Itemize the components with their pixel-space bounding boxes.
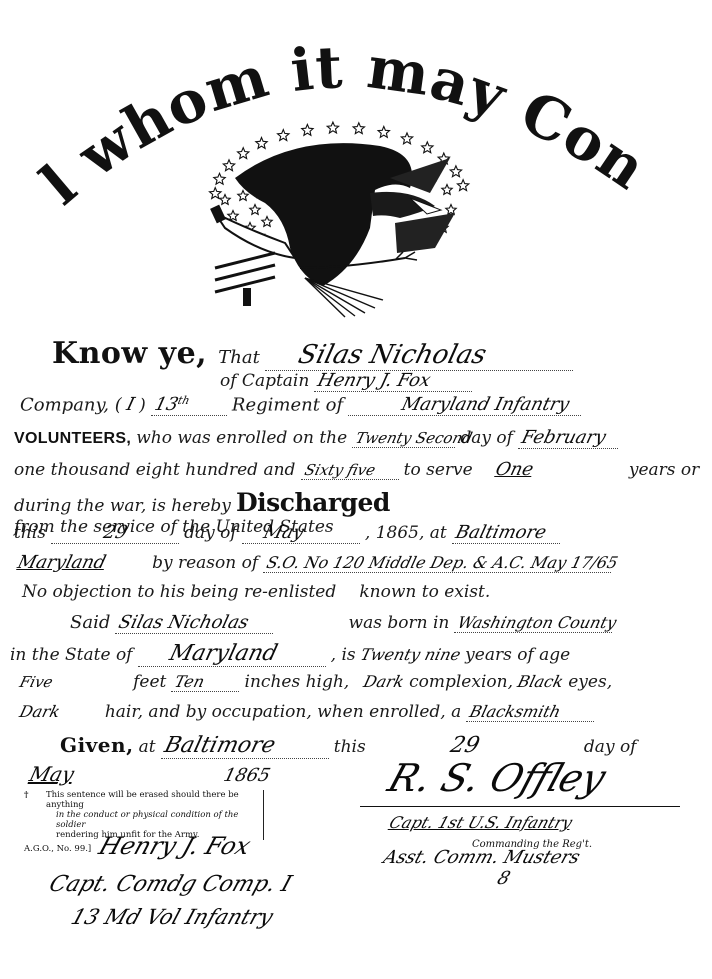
known-to-exist-label: known to exist.: [359, 582, 490, 602]
discharge-month: May: [261, 522, 306, 543]
birth-county-field: Washington County: [454, 613, 612, 633]
captain-name: Henry J. Fox: [316, 370, 433, 391]
soldier-name-2-field: Silas Nicholas: [115, 612, 273, 634]
discharge-day: 29: [101, 522, 129, 543]
commanding-mark: 8: [495, 868, 513, 889]
discharge-state-field: Maryland: [14, 552, 127, 573]
discharge-month-field: May: [242, 522, 360, 544]
reason-field: S.O. No 120 Middle Dep. & A.C. May 17/65: [263, 553, 611, 573]
discharge-day-field: 29: [51, 522, 179, 544]
given-at-label: at: [139, 737, 156, 757]
volunteers-label: VOLUNTEERS,: [14, 430, 131, 447]
term: One: [493, 459, 535, 480]
occupation-label: hair, and by occupation, when enrolled, …: [105, 702, 461, 722]
discharge-place-state: Maryland: [15, 552, 108, 573]
state-label: in the State of: [10, 645, 132, 665]
said-line: Said Silas Nicholas was born in Washingt…: [70, 612, 612, 634]
enrolled-year-field: Sixty five: [301, 460, 399, 480]
years-of-age-label: years of age: [465, 645, 570, 665]
feet-label: feet: [133, 672, 166, 692]
birth-county: Washington County: [456, 613, 619, 632]
enrolled-label: who was enrolled on the: [136, 428, 347, 448]
know-ye-label: Know ye,: [52, 336, 207, 371]
know-ye-line: Know ye, That Silas Nicholas: [52, 336, 573, 371]
eagle-emblem-icon: [205, 118, 475, 318]
said-label: Said: [70, 612, 110, 633]
enrolled-day: Twenty Second: [354, 429, 474, 447]
discharge-day-of-label: day of: [184, 523, 237, 543]
occupation-field: Blacksmith: [466, 702, 594, 722]
to-serve-label: to serve: [404, 460, 473, 480]
given-day-of-label: day of: [584, 737, 637, 757]
captain-field: Henry J. Fox: [314, 370, 472, 392]
that-label: That: [218, 347, 260, 368]
discharge-year: , 1865: [365, 523, 419, 543]
enrolled-day-field: Twenty Second: [352, 428, 455, 448]
term-field: One: [478, 459, 586, 480]
height-feet: Five: [18, 673, 102, 691]
during-war-label: during the war, is hereby: [14, 496, 231, 516]
complexion-label: complexion,: [409, 672, 513, 692]
height-inches: Ten: [173, 672, 207, 691]
year-line: one thousand eight hundred and Sixty fiv…: [14, 459, 699, 480]
volunteers-line: VOLUNTEERS, who was enrolled on the Twen…: [14, 427, 618, 449]
occupation-line: Dark hair, and by occupation, when enrol…: [20, 702, 594, 722]
company-letter: I: [124, 394, 136, 415]
commanding-title-handwritten: Capt. 1st U.S. Infantry: [387, 813, 575, 832]
years-or-label: years or: [629, 460, 699, 480]
company-label: Company, (: [20, 394, 122, 415]
enrolled-month: February: [519, 427, 608, 448]
captain-title-2: 13 Md Vol Infantry: [68, 905, 276, 929]
enrolled-year-words: Sixty five: [302, 461, 377, 479]
at-label: , at: [419, 523, 447, 543]
inches-label: inches high,: [245, 672, 350, 692]
year-prefix: one thousand eight hundred and: [14, 460, 295, 480]
given-place-field: Baltimore: [161, 733, 329, 759]
given-year: 1865: [221, 765, 272, 786]
height-inches-field: Ten: [171, 672, 239, 692]
regiment-name: Maryland Infantry: [400, 394, 572, 415]
this-label: this: [14, 523, 46, 543]
captain-signature-block: Henry J. Fox Capt. Comdg Comp. I 13 Md V…: [80, 832, 380, 929]
given-day: 29: [448, 733, 482, 758]
enrolled-month-field: February: [518, 427, 618, 449]
state-line: in the State of Maryland , is Twenty nin…: [10, 641, 570, 667]
soldier-name: Silas Nicholas: [295, 340, 489, 370]
regiment-label: Regiment of: [232, 394, 343, 415]
objection-line: No objection to his being re-enlisted kn…: [22, 582, 490, 602]
company-line: Company, ( I ) 13th Regiment of Maryland…: [20, 394, 581, 416]
reason: S.O. No 120 Middle Dep. & A.C. May 17/65: [265, 553, 620, 572]
commanding-signature: R. S. Offley: [383, 756, 611, 800]
given-this-label: this: [334, 737, 366, 757]
soldier-name-2: Silas Nicholas: [117, 612, 252, 633]
footnote-line-2: in the conduct or physical condition of …: [46, 810, 257, 830]
regiment-number-suffix: th: [176, 394, 191, 407]
given-place: Baltimore: [162, 733, 278, 758]
captain-signature: Henry J. Fox: [95, 832, 254, 860]
footnote-line-1: This sentence will be erased should ther…: [46, 790, 257, 810]
given-date-line: May 1865: [30, 762, 270, 786]
birth-state: Maryland: [166, 641, 279, 666]
given-label: Given,: [60, 733, 134, 757]
captain-line: of Captain Henry J. Fox: [220, 370, 472, 392]
birth-state-field: Maryland: [138, 641, 326, 667]
no-objection-label: No objection to his being re-enlisted: [22, 582, 336, 602]
discharge-place-field: Baltimore: [452, 522, 560, 544]
commanding-officer-block: R. S. Offley Capt. 1st U.S. Infantry Com…: [360, 760, 700, 889]
is-label: , is: [331, 645, 356, 665]
eyes-label: eyes,: [568, 672, 612, 692]
by-reason-label: by reason of: [152, 553, 258, 573]
footnote-marker: †: [24, 790, 28, 800]
reason-line: Maryland by reason of S.O. No 120 Middle…: [14, 552, 611, 573]
occupation: Blacksmith: [468, 702, 563, 721]
discharged-label: Discharged: [236, 488, 390, 517]
signature-line: R. S. Offley: [360, 760, 680, 807]
of-captain-label: of Captain: [220, 371, 309, 391]
age: Twenty nine: [358, 645, 462, 664]
soldier-name-field: Silas Nicholas: [265, 340, 573, 371]
description-line: Five feet Ten inches high, Dark complexi…: [20, 672, 612, 692]
eyes: Black: [516, 672, 566, 691]
born-in-label: was born in: [349, 613, 450, 633]
discharge-date-line: this 29 day of May , 1865, at Baltimore: [14, 522, 560, 544]
regiment-number-field: 13th: [151, 394, 227, 416]
discharge-place: Baltimore: [453, 522, 548, 543]
complexion: Dark: [362, 672, 406, 691]
company-close: ): [139, 395, 146, 415]
hair: Dark: [18, 702, 62, 721]
regiment-name-field: Maryland Infantry: [348, 394, 581, 416]
captain-title-1: Capt. Comdg Comp. I: [46, 872, 295, 897]
given-month: May: [27, 762, 77, 786]
commanding-title-2: Asst. Comm. Musters: [381, 847, 583, 868]
